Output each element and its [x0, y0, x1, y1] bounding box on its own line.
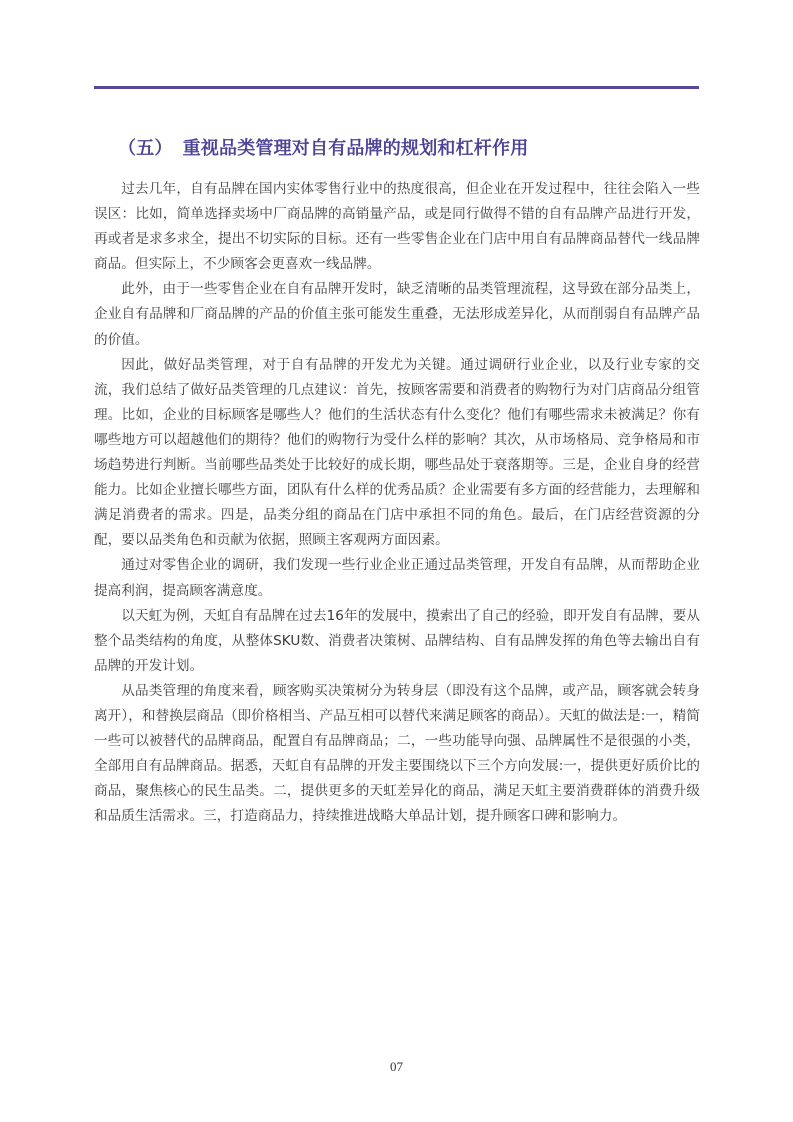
section-heading: （五）重视品类管理对自有品牌的规划和杠杆作用 [118, 134, 528, 160]
header-rule [94, 86, 699, 89]
paragraph-1: 过去几年，自有品牌在国内实体零售行业中的热度很高，但企业在开发过程中，往往会陷入… [94, 177, 700, 277]
paragraph-6: 从品类管理的角度来看，顾客购买决策树分为转身层（即没有这个品牌，或产品，顾客就会… [94, 679, 700, 830]
section-title: 重视品类管理对自有品牌的规划和杠杆作用 [183, 138, 529, 159]
body-text: 过去几年，自有品牌在国内实体零售行业中的热度很高，但企业在开发过程中，往往会陷入… [94, 177, 700, 829]
paragraph-3: 因此，做好品类管理，对于自有品牌的开发尤为关键。通过调研行业企业，以及行业专家的… [94, 353, 700, 554]
section-number: （五） [118, 138, 173, 159]
paragraph-4: 通过对零售企业的调研，我们发现一些行业企业正通过品类管理，开发自有品牌，从而帮助… [94, 553, 700, 603]
paragraph-2: 此外，由于一些零售企业在自有品牌开发时，缺乏清晰的品类管理流程，这导致在部分品类… [94, 277, 700, 352]
page-number: 07 [0, 1059, 793, 1075]
paragraph-5: 以天虹为例，天虹自有品牌在过去16年的发展中，摸索出了自己的经验，即开发自有品牌… [94, 604, 700, 679]
